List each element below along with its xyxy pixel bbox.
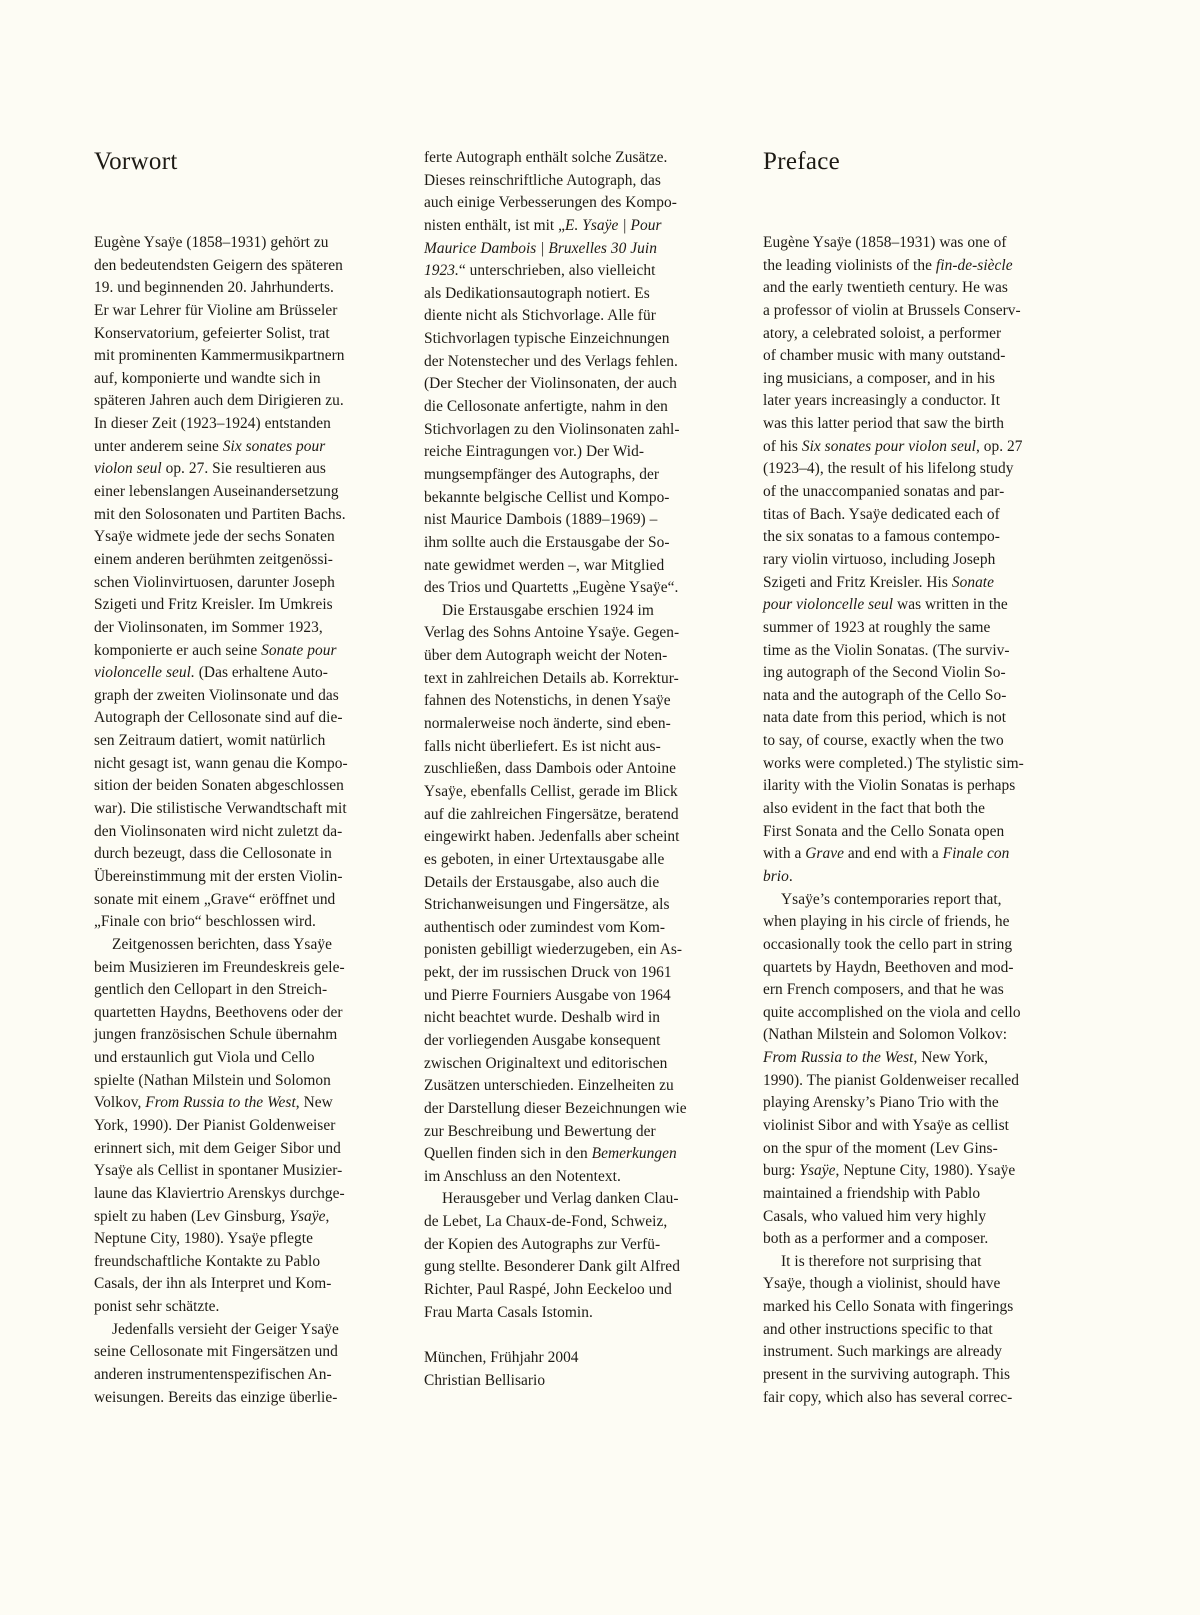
text-segment: both as a performer and a composer. [763,1230,988,1247]
text-segment: text in zahlreichen Details ab. Korrektu… [424,670,679,687]
italic-text: Six sonates pour [223,438,326,455]
text-segment: Ysaÿe’s contemporaries report that, [781,891,1002,908]
text-segment: playing Arensky’s Piano Trio with the [763,1094,999,1111]
german-column-2: ferte Autograph enthält solche Zusätze.D… [424,147,754,1392]
heading-preface: Preface [763,145,1083,179]
text-line: to say, of course, exactly when the two [763,730,1083,753]
text-line: den Violinsonaten wird nicht zuletzt da- [94,821,414,844]
text-segment: titas of Bach. Ysaÿe dedicated each of [763,506,1000,523]
text-line: It is therefore not surprising that [763,1251,1083,1274]
text-line: Casals, who valued him very highly [763,1206,1083,1229]
text-segment: ing autograph of the Second Violin So- [763,664,1006,681]
text-segment: Details der Erstausgabe, also auch die [424,874,659,891]
text-line: Ysaÿe widmete jede der sechs Sonaten [94,526,414,549]
text-line: rary violin virtuoso, including Joseph [763,549,1083,572]
text-line: the six sonatas to a famous contempo- [763,526,1083,549]
text-line: war). Die stilistische Verwandtschaft mi… [94,798,414,821]
german-body-text: Eugène Ysaÿe (1858–1931) gehört zuden be… [94,232,414,1409]
text-segment: (Nathan Milstein and Solomon Volkov: [763,1026,1007,1043]
text-line: der Darstellung dieser Bezeichnungen wie [424,1098,754,1121]
text-segment: ihm sollte auch die Erstausgabe der So- [424,534,670,551]
text-segment: nisten enthält, ist mit „ [424,217,565,234]
text-line: nicht gesagt ist, wann genau die Kompo- [94,753,414,776]
text-segment: der Notenstecher und des Verlags fehlen. [424,353,678,370]
italic-text: brio [763,868,789,885]
text-line: Details der Erstausgabe, also auch die [424,872,754,895]
text-segment: maintained a friendship with Pablo [763,1185,980,1202]
text-line: of chamber music with many outstand- [763,345,1083,368]
text-line: Christian Bellisario [424,1370,754,1393]
text-segment: Autograph der Cellosonate sind auf die- [94,709,343,726]
text-line: maintained a friendship with Pablo [763,1183,1083,1206]
text-segment: jungen französischen Schule übernahm [94,1026,337,1043]
text-segment: mit prominenten Kammermusikpartnern [94,347,345,364]
text-segment: falls nicht überliefert. Es ist nicht au… [424,738,661,755]
text-segment: and end with a [844,845,943,862]
text-line: atory, a celebrated soloist, a performer [763,323,1083,346]
text-segment: the leading violinists of the [763,257,936,274]
text-line: Dieses reinschriftliche Autograph, das [424,170,754,193]
text-line: works were completed.) The stylistic sim… [763,753,1083,776]
text-line: the leading violinists of the fin-de-siè… [763,255,1083,278]
heading-vorwort: Vorwort [94,145,414,179]
text-segment: and other instructions specific to that [763,1321,993,1338]
text-line: of the unaccompanied sonatas and par- [763,481,1083,504]
text-segment: rary violin virtuoso, including Joseph [763,551,995,568]
text-segment: komponierte er auch seine [94,642,261,659]
text-line: gentlich den Cellopart in den Streich- [94,979,414,1002]
text-segment: gentlich den Cellopart in den Streich- [94,981,327,998]
text-line: marked his Cello Sonata with fingerings [763,1296,1083,1319]
text-segment: der Kopien des Autographs zur Verfü- [424,1236,660,1253]
text-segment: über dem Autograph weicht der Noten- [424,647,667,664]
text-segment: diente nicht als Stichvorlage. Alle für [424,307,656,324]
text-segment: nate gewidmet werden –, war Mitglied [424,557,664,574]
text-line: York, 1990). Der Pianist Goldenweiser [94,1115,414,1138]
text-line: im Anschluss an den Notentext. [424,1166,754,1189]
text-line: Verlag des Sohns Antoine Ysaÿe. Gegen- [424,622,754,645]
text-line: Eugène Ysaÿe (1858–1931) was one of [763,232,1083,255]
text-segment: es geboten, in einer Urtextausgabe alle [424,851,664,868]
text-line: normalerweise noch änderte, sind eben- [424,713,754,736]
italic-text: Sonate [952,574,994,591]
text-segment: First Sonata and the Cello Sonata open [763,823,1004,840]
text-segment: a professor of violin at Brussels Conser… [763,302,1021,319]
text-segment: In dieser Zeit (1923–1924) entstanden [94,415,331,432]
text-segment: sonate mit einem „Grave“ eröffnet und [94,891,335,908]
text-line: nist Maurice Dambois (1889–1969) – [424,509,754,532]
text-line: of his Six sonates pour violon seul, op.… [763,436,1083,459]
text-line: Casals, der ihn als Interpret und Kom- [94,1273,414,1296]
text-segment: die Cellosonate anfertigte, nahm in den [424,398,668,415]
text-segment: Ysaÿe als Cellist in spontaner Musizier- [94,1162,342,1179]
italic-text: pour violoncelle seul [763,596,893,613]
text-line: ing autograph of the Second Violin So- [763,662,1083,685]
text-line: burg: Ysaÿe, Neptune City, 1980). Ysaÿe [763,1160,1083,1183]
text-segment: Stichvorlagen typische Einzeichnungen [424,330,669,347]
text-line: quite accomplished on the viola and cell… [763,1002,1083,1025]
text-segment: authentisch oder zumindest vom Kom- [424,919,665,936]
text-segment: op. 27. Sie resultieren aus [162,460,326,477]
text-segment: späteren Jahren auch dem Dirigieren zu. [94,392,344,409]
text-segment: ing musicians, a composer, and in his [763,370,995,387]
text-segment: mit den Solosonaten und Partiten Bachs. [94,506,346,523]
text-segment: zuschließen, dass Dambois oder Antoine [424,760,676,777]
text-line: violinist Sibor and with Ysaÿe as cellis… [763,1115,1083,1138]
text-line: Herausgeber und Verlag danken Clau- [424,1188,754,1211]
text-segment: also evident in the fact that both the [763,800,985,817]
text-line: schen Violinvirtuosen, darunter Joseph [94,572,414,595]
text-line: summer of 1923 at roughly the same [763,617,1083,640]
text-segment: with a [763,845,805,862]
text-line: ern French composers, and that he was [763,979,1083,1002]
text-line: falls nicht überliefert. Es ist nicht au… [424,736,754,759]
text-segment: , Neptune City, 1980). Ysaÿe [836,1162,1016,1179]
text-line: violon seul op. 27. Sie resultieren aus [94,458,414,481]
text-segment: time as the Violin Sonatas. (The surviv- [763,642,1010,659]
text-line: 1923.“ unterschrieben, also vielleicht [424,260,754,283]
text-segment: nicht beachtet wurde. Deshalb wird in [424,1009,660,1026]
text-line: 1990). The pianist Goldenweiser recalled [763,1070,1083,1093]
text-line: auch einige Verbesserungen des Kompo- [424,192,754,215]
text-segment: violinist Sibor and with Ysaÿe as cellis… [763,1117,1009,1134]
text-segment: (Das erhaltene Auto- [195,664,328,681]
text-segment: , New York, [914,1049,989,1066]
text-line: sonate mit einem „Grave“ eröffnet und [94,889,414,912]
text-segment: , op. 27 [976,438,1023,455]
text-line: Autograph der Cellosonate sind auf die- [94,707,414,730]
text-line: instrument. Such markings are already [763,1341,1083,1364]
text-segment: ponist sehr schätzte. [94,1298,219,1315]
heading-gap [94,179,414,232]
text-segment: 19. und beginnenden 20. Jahrhunderts. [94,279,334,296]
text-line: diente nicht als Stichvorlage. Alle für [424,305,754,328]
text-line: Stichvorlagen typische Einzeichnungen [424,328,754,351]
text-line: der Kopien des Autographs zur Verfü- [424,1234,754,1257]
text-segment: bekannte belgische Cellist und Kompo- [424,489,670,506]
text-segment: auf die zahlreichen Fingersätze, beraten… [424,806,679,823]
text-segment: Ysaÿe, ebenfalls Cellist, gerade im Blic… [424,783,678,800]
text-segment: Übereinstimmung mit der ersten Violin- [94,868,343,885]
text-line: Ysaÿe’s contemporaries report that, [763,889,1083,912]
text-line: Er war Lehrer für Violine am Brüsseler [94,300,414,323]
italic-text: 1923. [424,262,459,279]
text-line: den bedeutendsten Geigern des späteren [94,255,414,278]
italic-text: Bemerkungen [592,1145,677,1162]
text-segment: „Finale con brio“ beschlossen wird. [94,913,316,930]
text-line: Ysaÿe, ebenfalls Cellist, gerade im Blic… [424,781,754,804]
text-line: Eugène Ysaÿe (1858–1931) gehört zu [94,232,414,255]
text-segment: present in the surviving autograph. This [763,1366,1010,1383]
text-segment: Frau Marta Casals Istomin. [424,1304,593,1321]
italic-text: From Russia to the West [763,1049,914,1066]
text-segment: auf, komponierte und wandte sich in [94,370,321,387]
text-segment: Jedenfalls versieht der Geiger Ysaÿe [112,1321,339,1338]
blank-line [424,1324,754,1347]
text-line: (1923–4), the result of his lifelong stu… [763,458,1083,481]
italic-text: Finale con [943,845,1010,862]
text-line: spielt zu haben (Lev Ginsburg, Ysaÿe, [94,1206,414,1229]
text-segment: einem anderen berühmten zeitgenössi- [94,551,333,568]
text-line: ponist sehr schätzte. [94,1296,414,1319]
text-line: ponisten gebilligt wiederzugeben, ein As… [424,939,754,962]
italic-text: Sonate pour [261,642,336,659]
text-segment: unter anderem seine [94,438,223,455]
text-line: with a Grave and end with a Finale con [763,843,1083,866]
text-line: München, Frühjahr 2004 [424,1347,754,1370]
text-segment: occasionally took the cello part in stri… [763,936,1012,953]
text-segment: spielte (Nathan Milstein und Solomon [94,1072,331,1089]
text-segment: München, Frühjahr 2004 [424,1349,579,1366]
text-segment: eingewirkt haben. Jedenfalls aber schein… [424,828,679,845]
text-line: zur Beschreibung und Bewertung der [424,1121,754,1144]
text-segment: quartets by Haydn, Beethoven and mod- [763,959,1014,976]
text-line: komponierte er auch seine Sonate pour [94,640,414,663]
text-segment: Stichvorlagen zu den Violinsonaten zahl- [424,421,680,438]
text-line: gung stellte. Besonderer Dank gilt Alfre… [424,1256,754,1279]
text-line: es geboten, in einer Urtextausgabe alle [424,849,754,872]
text-segment: atory, a celebrated soloist, a performer [763,325,1001,342]
text-segment: burg: [763,1162,799,1179]
text-segment: ponisten gebilligt wiederzugeben, ein As… [424,941,682,958]
text-line: 19. und beginnenden 20. Jahrhunderts. [94,277,414,300]
italic-text: From Russia to the West [145,1094,296,1111]
text-line: Die Erstausgabe erschien 1924 im [424,600,754,623]
text-line: und Pierre Fourniers Ausgabe von 1964 [424,985,754,1008]
text-segment: Konservatorium, gefeierter Solist, trat [94,325,330,342]
text-segment: 1990). The pianist Goldenweiser recalled [763,1072,1019,1089]
text-line: In dieser Zeit (1923–1924) entstanden [94,413,414,436]
text-line: Neptune City, 1980). Ysaÿe pflegte [94,1228,414,1251]
text-segment: laune das Klaviertrio Arenskys durchge- [94,1185,345,1202]
english-column: Preface Eugène Ysaÿe (1858–1931) was one… [763,145,1083,1409]
text-segment: als Dedikationsautograph notiert. Es [424,285,650,302]
text-segment: works were completed.) The stylistic sim… [763,755,1024,772]
text-line: From Russia to the West, New York, [763,1047,1083,1070]
text-line: ilarity with the Violin Sonatas is perha… [763,775,1083,798]
text-segment: instrument. Such markings are already [763,1343,1002,1360]
text-segment: Volkov, [94,1094,145,1111]
text-line: pekt, der im russischen Druck von 1961 [424,962,754,985]
text-segment: durch bezeugt, dass die Cellosonate in [94,845,332,862]
text-segment: erinnert sich, mit dem Geiger Sibor und [94,1140,341,1157]
text-line: also evident in the fact that both the [763,798,1083,821]
text-line: Maurice Dambois | Bruxelles 30 Juin [424,238,754,261]
text-line: nicht beachtet wurde. Deshalb wird in [424,1007,754,1030]
text-line: titas of Bach. Ysaÿe dedicated each of [763,504,1083,527]
text-segment: on the spur of the moment (Lev Gins- [763,1140,998,1157]
text-segment: Eugène Ysaÿe (1858–1931) gehört zu [94,234,328,251]
text-line: bekannte belgische Cellist und Kompo- [424,487,754,510]
text-segment: It is therefore not surprising that [781,1253,982,1270]
text-segment: und Pierre Fourniers Ausgabe von 1964 [424,987,671,1004]
text-line: on the spur of the moment (Lev Gins- [763,1138,1083,1161]
italic-text: fin-de-siècle [936,257,1013,274]
text-segment: einer lebenslangen Auseinandersetzung [94,483,339,500]
text-line: zuschließen, dass Dambois oder Antoine [424,758,754,781]
text-segment: marked his Cello Sonata with fingerings [763,1298,1013,1315]
text-segment: Quellen finden sich in den [424,1145,592,1162]
text-line: anderen instrumentenspezifischen An- [94,1364,414,1387]
italic-text: Grave [805,845,844,862]
text-segment: Casals, who valued him very highly [763,1208,986,1225]
text-line: (Der Stecher der Violinsonaten, der auch [424,373,754,396]
german-column-1: Vorwort Eugène Ysaÿe (1858–1931) gehört … [94,145,414,1409]
text-line: was this latter period that saw the birt… [763,413,1083,436]
text-segment: Herausgeber und Verlag danken Clau- [442,1190,679,1207]
text-segment: (1923–4), the result of his lifelong stu… [763,460,1013,477]
text-segment: des Trios und Quartetts „Eugène Ysaÿe“. [424,579,678,596]
text-segment: im Anschluss an den Notentext. [424,1168,621,1185]
text-line: Konservatorium, gefeierter Solist, trat [94,323,414,346]
text-line: laune das Klaviertrio Arenskys durchge- [94,1183,414,1206]
text-line: violoncelle seul. (Das erhaltene Auto- [94,662,414,685]
text-line: quartets by Haydn, Beethoven and mod- [763,957,1083,980]
text-line: ihm sollte auch die Erstausgabe der So- [424,532,754,555]
text-line: spielte (Nathan Milstein und Solomon [94,1070,414,1093]
text-line: playing Arensky’s Piano Trio with the [763,1092,1083,1115]
text-line: die Cellosonate anfertigte, nahm in den [424,396,754,419]
text-line: beim Musizieren im Freundeskreis gele- [94,957,414,980]
text-segment: sition der beiden Sonaten abgeschlossen [94,777,344,794]
text-line: freundschaftliche Kontakte zu Pablo [94,1251,414,1274]
text-segment: Ysaÿe widmete jede der sechs Sonaten [94,528,335,545]
text-line: zwischen Originaltext und editorischen [424,1053,754,1076]
text-segment: was this latter period that saw the birt… [763,415,1004,432]
text-line: Ysaÿe, though a violinist, should have [763,1273,1083,1296]
text-line: de Lebet, La Chaux-de-Fond, Schweiz, [424,1211,754,1234]
text-segment: Zeitgenossen berichten, dass Ysaÿe [112,936,332,953]
text-line: Jedenfalls versieht der Geiger Ysaÿe [94,1319,414,1342]
text-line: fair copy, which also has several correc… [763,1387,1083,1410]
text-line: Quellen finden sich in den Bemerkungen [424,1143,754,1166]
text-line: a professor of violin at Brussels Conser… [763,300,1083,323]
text-line: auf die zahlreichen Fingersätze, beraten… [424,804,754,827]
text-line: mungsempfänger des Autographs, der [424,464,754,487]
text-segment: mungsempfänger des Autographs, der [424,466,659,483]
text-segment: Neptune City, 1980). Ysaÿe pflegte [94,1230,313,1247]
text-segment: zwischen Originaltext und editorischen [424,1055,667,1072]
text-segment: when playing in his circle of friends, h… [763,913,1010,930]
text-segment: weisungen. Bereits das einzige überlie- [94,1389,337,1406]
text-line: occasionally took the cello part in stri… [763,934,1083,957]
text-line: nata and the autograph of the Cello So- [763,685,1083,708]
text-segment: Zusätzen unterschieden. Einzelheiten zu [424,1077,674,1094]
text-line: unter anderem seine Six sonates pour [94,436,414,459]
text-line: nata date from this period, which is not [763,707,1083,730]
text-line: mit prominenten Kammermusikpartnern [94,345,414,368]
text-segment: Verlag des Sohns Antoine Ysaÿe. Gegen- [424,624,679,641]
italic-text: Maurice Dambois | Bruxelles 30 Juin [424,240,657,257]
text-line: der Violinsonaten, im Sommer 1923, [94,617,414,640]
text-segment: of his [763,438,802,455]
text-line: Richter, Paul Raspé, John Eeckeloo und [424,1279,754,1302]
text-line: sition der beiden Sonaten abgeschlossen [94,775,414,798]
text-segment: quite accomplished on the viola and cell… [763,1004,1021,1021]
text-line: fahnen des Notenstichs, in denen Ysaÿe [424,690,754,713]
text-line: eingewirkt haben. Jedenfalls aber schein… [424,826,754,849]
text-segment: Szigeti und Fritz Kreisler. Im Umkreis [94,596,333,613]
text-segment: nicht gesagt ist, wann genau die Kompo- [94,755,348,772]
text-line: and other instructions specific to that [763,1319,1083,1342]
text-line: Zusätzen unterschieden. Einzelheiten zu [424,1075,754,1098]
text-segment: reiche Eintragungen vor.) Der Wid- [424,443,644,460]
text-segment: spielt zu haben (Lev Ginsburg, [94,1208,289,1225]
text-segment: and the early twentieth century. He was [763,279,1008,296]
text-segment: the six sonatas to a famous contempo- [763,528,1000,545]
text-line: reiche Eintragungen vor.) Der Wid- [424,441,754,464]
text-segment: ern French composers, and that he was [763,981,1004,998]
text-segment: schen Violinvirtuosen, darunter Joseph [94,574,335,591]
text-segment: Die Erstausgabe erschien 1924 im [442,602,654,619]
text-segment: fair copy, which also has several correc… [763,1389,1012,1406]
text-segment: . [789,868,793,885]
text-segment: nata and the autograph of the Cello So- [763,687,1006,704]
italic-text: E. Ysaÿe | Pour [565,217,661,234]
text-line: pour violoncelle seul was written in the [763,594,1083,617]
text-segment: was written in the [893,596,1008,613]
text-segment: und erstaunlich gut Viola und Cello [94,1049,315,1066]
text-line: erinnert sich, mit dem Geiger Sibor und [94,1138,414,1161]
italic-text: violon seul [94,460,162,477]
text-line: First Sonata and the Cello Sonata open [763,821,1083,844]
text-segment: Er war Lehrer für Violine am Brüsseler [94,302,337,319]
text-line: Stichvorlagen zu den Violinsonaten zahl- [424,419,754,442]
text-line: ing musicians, a composer, and in his [763,368,1083,391]
text-segment: Strichanweisungen und Fingersätze, als [424,896,670,913]
text-line: present in the surviving autograph. This [763,1364,1083,1387]
text-segment: ferte Autograph enthält solche Zusätze. [424,149,667,166]
text-segment: Eugène Ysaÿe (1858–1931) was one of [763,234,1007,251]
text-line: brio. [763,866,1083,889]
text-segment: auch einige Verbesserungen des Kompo- [424,194,677,211]
text-segment: , [326,1208,330,1225]
text-line: Zeitgenossen berichten, dass Ysaÿe [94,934,414,957]
text-line: later years increasingly a conductor. It [763,390,1083,413]
text-segment: graph der zweiten Violinsonate und das [94,687,339,704]
text-segment: anderen instrumentenspezifischen An- [94,1366,332,1383]
text-line: Ysaÿe als Cellist in spontaner Musizier- [94,1160,414,1183]
text-segment: normalerweise noch änderte, sind eben- [424,715,671,732]
text-segment: Casals, der ihn als Interpret und Kom- [94,1275,331,1292]
text-line: authentisch oder zumindest vom Kom- [424,917,754,940]
text-segment: sen Zeitraum datiert, womit natürlich [94,732,325,749]
heading-gap [763,179,1083,232]
text-segment: fahnen des Notenstichs, in denen Ysaÿe [424,692,671,709]
text-segment: nist Maurice Dambois (1889–1969) – [424,511,657,528]
text-line: als Dedikationsautograph notiert. Es [424,283,754,306]
text-line: der Notenstecher und des Verlags fehlen. [424,351,754,374]
text-line: seine Cellosonate mit Fingersätzen und [94,1341,414,1364]
text-segment: zur Beschreibung und Bewertung der [424,1123,656,1140]
text-segment: den bedeutendsten Geigern des späteren [94,257,343,274]
text-segment: to say, of course, exactly when the two [763,732,1004,749]
english-body-text: Eugène Ysaÿe (1858–1931) was one ofthe l… [763,232,1083,1409]
text-line: späteren Jahren auch dem Dirigieren zu. [94,390,414,413]
text-line: when playing in his circle of friends, h… [763,911,1083,934]
text-line: des Trios und Quartetts „Eugène Ysaÿe“. [424,577,754,600]
text-segment: der Violinsonaten, im Sommer 1923, [94,619,323,636]
text-segment: of chamber music with many outstand- [763,347,1005,364]
text-segment: der Darstellung dieser Bezeichnungen wie [424,1100,687,1117]
text-segment: Dieses reinschriftliche Autograph, das [424,172,661,189]
text-line: auf, komponierte und wandte sich in [94,368,414,391]
text-segment: pekt, der im russischen Druck von 1961 [424,964,672,981]
text-line: sen Zeitraum datiert, womit natürlich [94,730,414,753]
text-segment: Richter, Paul Raspé, John Eeckeloo und [424,1281,672,1298]
italic-text: Ysaÿe [799,1162,835,1179]
text-segment: Christian Bellisario [424,1372,545,1389]
